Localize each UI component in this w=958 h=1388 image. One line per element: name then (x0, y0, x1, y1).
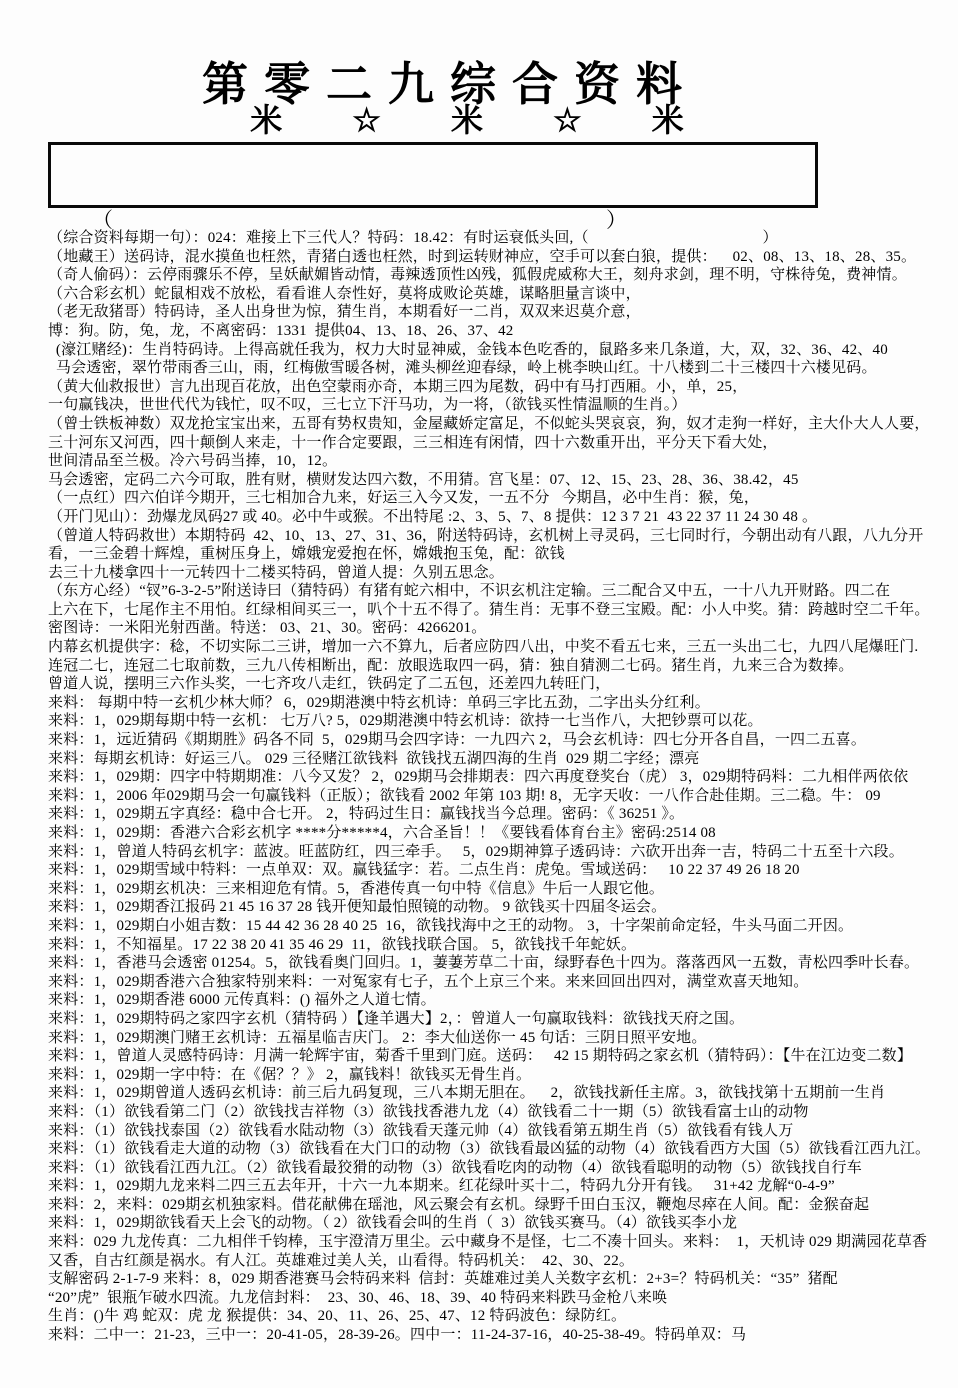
text-line: 马会透密，翠竹带雨香三山，雨，红梅傲雪暖各树，滩头柳丝迎春绿，岭上桃李映山红。十… (48, 359, 953, 378)
text-line: 博：狗。防，兔，龙，不离密码：1331 提供04、13、18、26、37、42 (48, 322, 953, 341)
asterisk-icon: 米 (451, 100, 483, 140)
text-line: （黄大仙救报世）言九出现百花放，出色空蒙雨亦奇，本期三四为尾数，码中有马打西厢。… (48, 378, 953, 397)
text-line: (濠江赌经)：生肖特码诗。上得高就任我为，权力大时显神威，金钱本色吃香的，鼠路多… (48, 341, 953, 360)
text-line: 来料：（1）欲钱找泰国（2）欲钱看水陆动物（3）欲钱看天蓬元帅（4）欲钱看第五期… (48, 1122, 953, 1141)
text-line: （六合彩玄机）蛇鼠相戏不放松，看看谁人奈性好，莫将成败论英雄，谋略胆量言谈中， (48, 285, 953, 304)
text-line: 生肖：()牛 鸡 蛇双：虎 龙 猴提供：34、20、11、26、25、47、12… (48, 1307, 953, 1326)
blank-entry-box (48, 142, 818, 208)
text-line: 来料：（1）欲钱看走大道的动物（3）欲钱看在大门口的动物（3）欲钱看最凶猛的动物… (48, 1140, 953, 1159)
text-line: （综合资料每期一句）：024：难接上下三代人？特码：18.42：有时运衰低头回,… (48, 229, 953, 248)
text-line: 来料：1，029期特码之家四字玄机（猜特码 ）【逢羊遇大】2，：曾道人一句赢取钱… (48, 1010, 953, 1029)
text-line: （奇人偷码）：云停雨骤乐不停，呈妖献媚皆动情，毒辣透顶性凶残，狐假虎威称大王，刻… (48, 266, 953, 285)
text-line: 世间清品至兰极。冷六号码当捧，10，12。 (48, 452, 953, 471)
text-line: （开门见山）：劲爆龙凤码27 或 40。必中牛或猴。不出特尾 :2、3、5、7、… (48, 508, 953, 527)
text-line: 来料：1，029期每期中特一玄机： 七万八? 5，029期港澳中特玄机诗：欲持一… (48, 712, 953, 731)
text-line: （老无敌猪哥）特码诗，圣人出身世为惊，猜生肖，本期看好一二肖，双双来迟莫介意， (48, 303, 953, 322)
text-line: 来料：1，香港马会透密 01254。5，欲钱看奥门回归。1，萋萋芳草二十亩，绿野… (48, 954, 953, 973)
text-line: 来料：1，029期白小姐吉数：15 44 42 36 28 40 25 16，欲… (48, 917, 953, 936)
text-line: 来料：1，029期香港六合独家特别来料：一对冤家有七子，五个上京三个来。来来回回… (48, 973, 953, 992)
text-line: 来料：1，029期：四字中特期期准：八今又发？ 2，029期马会排期表：四六再度… (48, 768, 953, 787)
text-line: 来料：二中一：21-23，三中一：20-41-05，28-39-26。四中一：1… (48, 1326, 953, 1345)
text-line: 来料：1，029期：香港六合彩玄机字 ****分*****4，六合圣旨！！《要钱… (48, 824, 953, 843)
text-line: 三十河东又河西，四十颠倒人来走，十一作合定要跟，三三相连有闲情，四十六数重开出，… (48, 434, 953, 453)
text-line: 曾道人说，摆明三六作头奖，一七齐攻八走红，铁码定了二五包，还差四九转旺门， (48, 675, 953, 694)
decorative-symbols: 米 ☆ 米 ☆ 米 (0, 100, 934, 140)
text-line: （曾道人特码救世）本期特码 42、10、13、27、31、36，附送特码诗，玄机… (48, 527, 953, 546)
text-line: 来料：1，029期五字真经：稳中合七开。 2，特码过生日：赢钱找当今总理。密码：… (48, 805, 953, 824)
text-line: 又香，自古红颜是祸水。有人江。英雄难过美人关，山看得。特码机关： 42、30、2… (48, 1252, 953, 1271)
text-line: 去三十九楼拿四十一元转四十二楼买特码，曾道人提：久别五思念。 (48, 564, 953, 583)
text-line: 来料： 每期中特一玄机少林大师？ 6，029期港澳中特玄机诗：单码三字比五劲，二… (48, 694, 953, 713)
text-line: 来料：1，029期九龙来料二四三五去年开，十六一九本期来。红花绿叶买十二，特码九… (48, 1177, 953, 1196)
text-line: 来料：1，029期香港 6000 元传真料：() 福外之人道七情。 (48, 991, 953, 1010)
text-line: （曾士铁板神数）双龙抢宝宝出来，五哥有势权贵知，金屋藏娇定富足，不似蛇头哭哀哀，… (48, 415, 953, 434)
box-caption: （ ） (0, 204, 958, 230)
text-line: 来料：1，029期曾道人透码玄机诗：前三后九码复现，三八本期无胆在。 2，欲钱找… (48, 1084, 953, 1103)
text-line: 来料：每期玄机诗：好运三八。 029 三径赌江欲钱料 欲钱找五湖四海的生肖 02… (48, 750, 953, 769)
text-line: 马会透密，定码二六今可取，胜有财，横财发达四六数，不用猜。宫飞星：07、12、1… (48, 471, 953, 490)
text-line: （一点红）四六伯详今期开，三七相加合九来，好运三入今又发，一五不分 今期昌，必中… (48, 489, 953, 508)
lottery-info-sheet: 第零二九综合资料 米 ☆ 米 ☆ 米 （ ） （综合资料每期一句）：024：难接… (0, 0, 958, 1388)
text-line: 来料：1，029期雪域中特料：一点单双：双。赢钱猛字：若。二点生肖：虎兔。雪域送… (48, 861, 953, 880)
text-line: 来料：1，远近猜码《期期胜》码各不同 5，029期马会四字诗：一九四六 2，马会… (48, 731, 953, 750)
text-line: 来料：1，曾道人特码玄机字：蓝波。旺蓝防红，四三牵手。 5，029期神算子透码诗… (48, 843, 953, 862)
text-line: 一句赢钱决，世世代代为钱忙，叹不叹，三七立下汗马功，为一将，（欲钱买性情温顺的生… (48, 396, 953, 415)
text-line: 来料：1，029期澳门赌王玄机诗：五福星临吉庆门。 2：李大仙送你一 45 句话… (48, 1029, 953, 1048)
text-line: 连冠二七，连冠二七取前数，三九八传相断出，配：放眼选取四一码，猜：独自猜测二七码… (48, 657, 953, 676)
text-line: 看，一三金碧十辉煌，重树压身上，嫦娥宠爱抱在怀，嫦娥抱玉兔，配：欲钱 (48, 545, 953, 564)
text-line: 支解密码 2-1-7-9 来料：8，029 期香港赛马会特码来料 信封：英雄难过… (48, 1270, 953, 1289)
star-outline-icon: ☆ (352, 100, 381, 140)
text-line: 来料：1，029期一字中特：在《倨？？》 2，赢钱料！欲钱买无骨生肖。 (48, 1066, 953, 1085)
asterisk-icon: 米 (250, 100, 282, 140)
text-line: 来料：1，2006 年029期马会一句赢钱料（正版）；欲钱看 2002 年第 1… (48, 787, 953, 806)
text-line: （地藏王）送码诗，混水摸鱼也枉然，青猪白透也枉然，时到运转财神应，空手可以套白狼… (48, 248, 953, 267)
text-line: 内幕玄机提供字：稔，不切实际二三讲，增加一六不算九，后者应防四八出，中奖不看五七… (48, 638, 953, 657)
text-line: 上六在下，七尾作主不用怕。红绿相间买三一，叭个十五不得了。猜生肖：无事不登三宝殿… (48, 601, 953, 620)
text-line: 来料：1，曾道人灵感特码诗：月满一轮辉宇宙，菊香千里到门庭。送码： 42 15 … (48, 1047, 953, 1066)
text-line: 来料：1，029期香江报码 21 45 16 37 28 钱开便知最怕照镜的动物… (48, 898, 953, 917)
text-line: 来料：029 九龙传真：二九相伴千钧棒，玉宇澄清万里尘。云中藏身不是怪，七二不凑… (48, 1233, 953, 1252)
text-line: 来料：1，不知福星。17 22 38 20 41 35 46 29 11，欲钱找… (48, 936, 953, 955)
text-line: “20”虎” 银瓶乍破水四流。九龙信封料： 23、30、46、18、39、40 … (48, 1289, 953, 1308)
text-line: 来料：1，029期欲钱看天上会飞的动物。（ 2）欲钱看会叫的生肖（ 3）欲钱买赛… (48, 1214, 953, 1233)
text-line: 来料：1，029期玄机决：三来相迎危有情。5，香港传真一句中特《信息》牛后一人跟… (48, 880, 953, 899)
text-line: （东方心经）“钗”6-3-2-5”附送诗曰（猜特码）有猪有蛇六相中，不识玄机注定… (48, 582, 953, 601)
asterisk-icon: 米 (652, 100, 684, 140)
star-outline-icon: ☆ (553, 100, 582, 140)
text-line: 来料：2，来料：029期玄机独家料。借花献佛在瑶池，风云聚会有玄机。绿野千田白玉… (48, 1196, 953, 1215)
text-line: 来料：（1）欲钱看江西九江。（2）欲钱看最狡猾的动物（3）欲钱看吃肉的动物（4）… (48, 1159, 953, 1178)
text-line: 密图诗：一米阳光射西凿。特送： 03、21、30。密码：4266201。 (48, 619, 953, 638)
text-line: 来料：（1）欲钱看第二门（2）欲钱找吉祥物（3）欲钱找香港九龙（4）欲钱看二十一… (48, 1103, 953, 1122)
content-lines: （综合资料每期一句）：024：难接上下三代人？特码：18.42：有时运衰低头回,… (48, 229, 953, 1345)
